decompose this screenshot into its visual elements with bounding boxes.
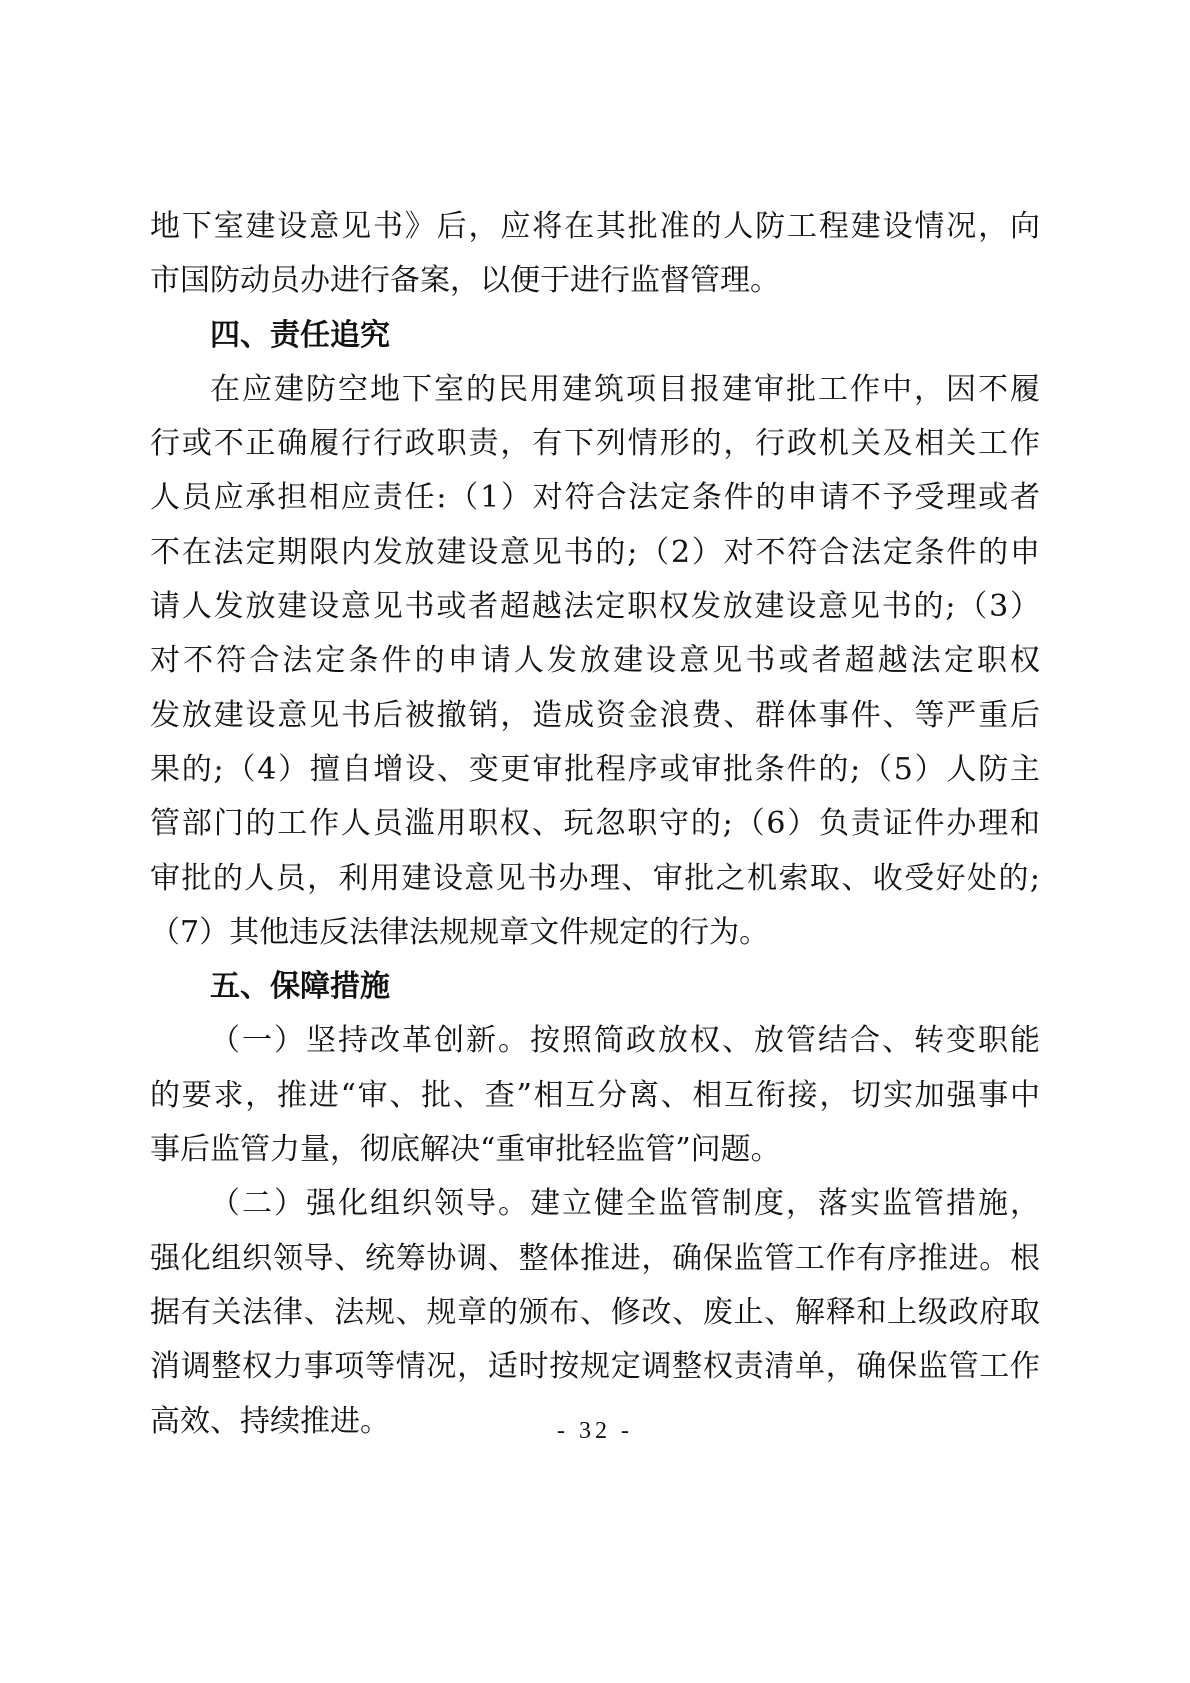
paragraph-organizational-leadership: （二）强化组织领导。建立健全监管制度，落实监管措施， 强化组织领导、统筹协调、整… bbox=[150, 1177, 1040, 1448]
text-line: 强化组织领导、统筹协调、整体推进，确保监管工作有序推进。根 bbox=[150, 1232, 1040, 1286]
text-line: 果的;（4）擅自增设、变更审批程序或审批条件的;（5）人防主 bbox=[150, 743, 1040, 797]
page-number: - 32 - bbox=[0, 1418, 1190, 1445]
text-line: 在应建防空地下室的民用建筑项目报建审批工作中，因不履 bbox=[150, 363, 1040, 417]
text-line: 人员应承担相应责任:（1）对符合法定条件的申请不予受理或者 bbox=[150, 471, 1040, 525]
text-line: 据有关法律、法规、规章的颁布、修改、废止、解释和上级政府取 bbox=[150, 1286, 1040, 1340]
text-line: （二）强化组织领导。建立健全监管制度，落实监管措施， bbox=[150, 1177, 1040, 1231]
text-line: （7）其他违反法律法规规章文件规定的行为。 bbox=[150, 906, 1040, 960]
section-heading-safeguards: 五、保障措施 bbox=[150, 960, 1040, 1014]
text-line: 消调整权力事项等情况，适时按规定调整权责清单，确保监管工作 bbox=[150, 1340, 1040, 1394]
text-line: 行或不正确履行行政职责，有下列情形的，行政机关及相关工作 bbox=[150, 417, 1040, 471]
text-line: 的要求，推进“审、批、查”相互分离、相互衔接，切实加强事中 bbox=[150, 1069, 1040, 1123]
text-line: 事后监管力量，彻底解决“重审批轻监管”问题。 bbox=[150, 1123, 1040, 1177]
text-line: 管部门的工作人员滥用职权、玩忽职守的;（6）负责证件办理和 bbox=[150, 797, 1040, 851]
text-line: （一）坚持改革创新。按照简政放权、放管结合、转变职能 bbox=[150, 1014, 1040, 1068]
text-line: 请人发放建设意见书或者超越法定职权发放建设意见书的;（3） bbox=[150, 580, 1040, 634]
text-line: 发放建设意见书后被撤销，造成资金浪费、群体事件、等严重后 bbox=[150, 689, 1040, 743]
section-heading-accountability: 四、责任追究 bbox=[150, 309, 1040, 363]
text-line: 地下室建设意见书》后，应将在其批准的人防工程建设情况，向 bbox=[150, 200, 1040, 254]
paragraph-record-filing: 地下室建设意见书》后，应将在其批准的人防工程建设情况，向 市国防动员办进行备案，… bbox=[150, 200, 1040, 309]
text-line: 对不符合法定条件的申请人发放建设意见书或者超越法定职权 bbox=[150, 634, 1040, 688]
paragraph-accountability: 在应建防空地下室的民用建筑项目报建审批工作中，因不履 行或不正确履行行政职责，有… bbox=[150, 363, 1040, 960]
document-page-body: 地下室建设意见书》后，应将在其批准的人防工程建设情况，向 市国防动员办进行备案，… bbox=[150, 200, 1040, 1449]
text-line: 审批的人员，利用建设意见书办理、审批之机索取、收受好处的; bbox=[150, 852, 1040, 906]
text-line: 市国防动员办进行备案，以便于进行监督管理。 bbox=[150, 254, 1040, 308]
text-line: 不在法定期限内发放建设意见书的;（2）对不符合法定条件的申 bbox=[150, 526, 1040, 580]
paragraph-reform-innovation: （一）坚持改革创新。按照简政放权、放管结合、转变职能 的要求，推进“审、批、查”… bbox=[150, 1014, 1040, 1177]
